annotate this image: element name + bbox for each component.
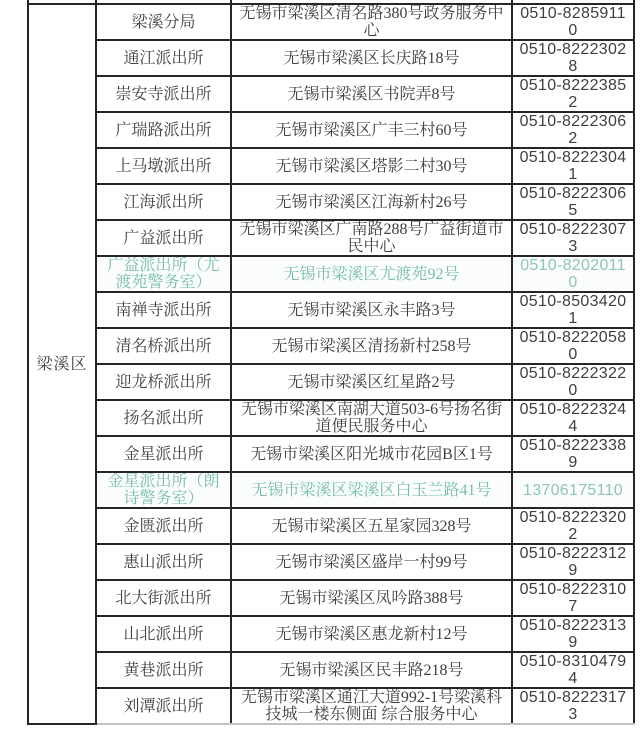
address-cell: 无锡市梁溪区南湖大道503-6号扬名街道便民服务中心 [231,400,512,436]
station-name-cell: 广益派出所 [96,220,231,256]
station-name-cell: 扬名派出所 [96,400,231,436]
phone-cell: 0510-82859110 [512,4,634,40]
police-station-directory-page: 梁溪区梁溪分局无锡市梁溪区清名路380号政务服务中心0510-82859110通… [0,0,641,747]
phone-cell: 0510-82223202 [512,508,634,544]
address-cell: 无锡市梁溪区梁溪区白玉兰路41号 [231,472,512,508]
address-cell: 无锡市梁溪区书院弄8号 [231,76,512,112]
address-cell: 无锡市梁溪区塔影二村30号 [231,148,512,184]
phone-cell: 0510-82223028 [512,40,634,76]
phone-cell: 0510-82223220 [512,364,634,400]
phone-cell: 13706175110 [512,472,634,508]
phone-cell: 0510-82223041 [512,148,634,184]
station-name-cell: 刘潭派出所 [96,688,231,724]
address-cell: 无锡市梁溪区盛岸一村99号 [231,544,512,580]
table-row: 迎龙桥派出所无锡市梁溪区红星路2号0510-82223220 [28,364,634,400]
table-row: 山北派出所无锡市梁溪区惠龙新村12号0510-82223139 [28,616,634,652]
table-row: 上马墩派出所无锡市梁溪区塔影二村30号0510-82223041 [28,148,634,184]
table-row: 通江派出所无锡市梁溪区长庆路18号0510-82223028 [28,40,634,76]
phone-cell: 0510-82223244 [512,400,634,436]
station-name-cell: 梁溪分局 [96,4,231,40]
phone-cell: 0510-82223139 [512,616,634,652]
address-cell: 无锡市梁溪区清名路380号政务服务中心 [231,4,512,40]
phone-cell: 0510-82223852 [512,76,634,112]
phone-cell: 0510-82220580 [512,328,634,364]
address-cell: 无锡市梁溪区江海新村26号 [231,184,512,220]
station-name-cell: 金匮派出所 [96,508,231,544]
table-row: 广益派出所（尤渡苑警务室）无锡市梁溪区尤渡苑92号0510-82020110 [28,256,634,292]
table-row: 刘潭派出所无锡市梁溪区通江大道992-1号梁溪科技城一楼东侧面 综合服务中心05… [28,688,634,724]
phone-cell: 0510-85034201 [512,292,634,328]
station-name-cell: 惠山派出所 [96,544,231,580]
table-row: 北大街派出所无锡市梁溪区凤吟路388号0510-82223107 [28,580,634,616]
station-name-cell: 金星派出所（朗诗警务室） [96,472,231,508]
table-row: 江海派出所无锡市梁溪区江海新村26号0510-82223065 [28,184,634,220]
phone-cell: 0510-82223065 [512,184,634,220]
table-row: 扬名派出所无锡市梁溪区南湖大道503-6号扬名街道便民服务中心0510-8222… [28,400,634,436]
address-cell: 无锡市梁溪区尤渡苑92号 [231,256,512,292]
phone-cell: 0510-82223129 [512,544,634,580]
address-cell: 无锡市梁溪区广南路288号广益街道市民中心 [231,220,512,256]
phone-cell: 0510-83104794 [512,652,634,688]
address-cell: 无锡市梁溪区广丰三村60号 [231,112,512,148]
phone-cell: 0510-82223107 [512,580,634,616]
station-name-cell: 南禅寺派出所 [96,292,231,328]
address-cell: 无锡市梁溪区民丰路218号 [231,652,512,688]
station-name-cell: 迎龙桥派出所 [96,364,231,400]
table-row: 崇安寺派出所无锡市梁溪区书院弄8号0510-82223852 [28,76,634,112]
address-cell: 无锡市梁溪区永丰路3号 [231,292,512,328]
district-cell: 梁溪区 [28,4,96,724]
phone-cell: 0510-82223073 [512,220,634,256]
station-name-cell: 崇安寺派出所 [96,76,231,112]
address-cell: 无锡市梁溪区清扬新村258号 [231,328,512,364]
station-name-cell: 清名桥派出所 [96,328,231,364]
phone-cell: 0510-82020110 [512,256,634,292]
table-row: 金星派出所（朗诗警务室）无锡市梁溪区梁溪区白玉兰路41号13706175110 [28,472,634,508]
address-cell: 无锡市梁溪区惠龙新村12号 [231,616,512,652]
table-row: 清名桥派出所无锡市梁溪区清扬新村258号0510-82220580 [28,328,634,364]
table-row: 梁溪区梁溪分局无锡市梁溪区清名路380号政务服务中心0510-82859110 [28,4,634,40]
table-row: 广瑞路派出所无锡市梁溪区广丰三村60号0510-82223062 [28,112,634,148]
table-row: 南禅寺派出所无锡市梁溪区永丰路3号0510-85034201 [28,292,634,328]
phone-cell: 0510-82223173 [512,688,634,724]
station-name-cell: 广益派出所（尤渡苑警务室） [96,256,231,292]
station-name-cell: 北大街派出所 [96,580,231,616]
table-row: 金星派出所无锡市梁溪区阳光城市花园B区1号0510-82223389 [28,436,634,472]
address-cell: 无锡市梁溪区凤吟路388号 [231,580,512,616]
station-name-cell: 黄巷派出所 [96,652,231,688]
station-name-cell: 通江派出所 [96,40,231,76]
station-name-cell: 上马墩派出所 [96,148,231,184]
address-cell: 无锡市梁溪区长庆路18号 [231,40,512,76]
phone-cell: 0510-82223062 [512,112,634,148]
phone-cell: 0510-82223389 [512,436,634,472]
address-cell: 无锡市梁溪区红星路2号 [231,364,512,400]
table-row: 金匮派出所无锡市梁溪区五星家园328号0510-82223202 [28,508,634,544]
station-name-cell: 金星派出所 [96,436,231,472]
table-row: 广益派出所无锡市梁溪区广南路288号广益街道市民中心0510-82223073 [28,220,634,256]
address-cell: 无锡市梁溪区五星家园328号 [231,508,512,544]
station-name-cell: 山北派出所 [96,616,231,652]
station-name-cell: 江海派出所 [96,184,231,220]
address-cell: 无锡市梁溪区通江大道992-1号梁溪科技城一楼东侧面 综合服务中心 [231,688,512,724]
station-name-cell: 广瑞路派出所 [96,112,231,148]
address-cell: 无锡市梁溪区阳光城市花园B区1号 [231,436,512,472]
table-row: 黄巷派出所无锡市梁溪区民丰路218号0510-83104794 [28,652,634,688]
police-station-table: 梁溪区梁溪分局无锡市梁溪区清名路380号政务服务中心0510-82859110通… [27,0,635,725]
table-row: 惠山派出所无锡市梁溪区盛岸一村99号0510-82223129 [28,544,634,580]
